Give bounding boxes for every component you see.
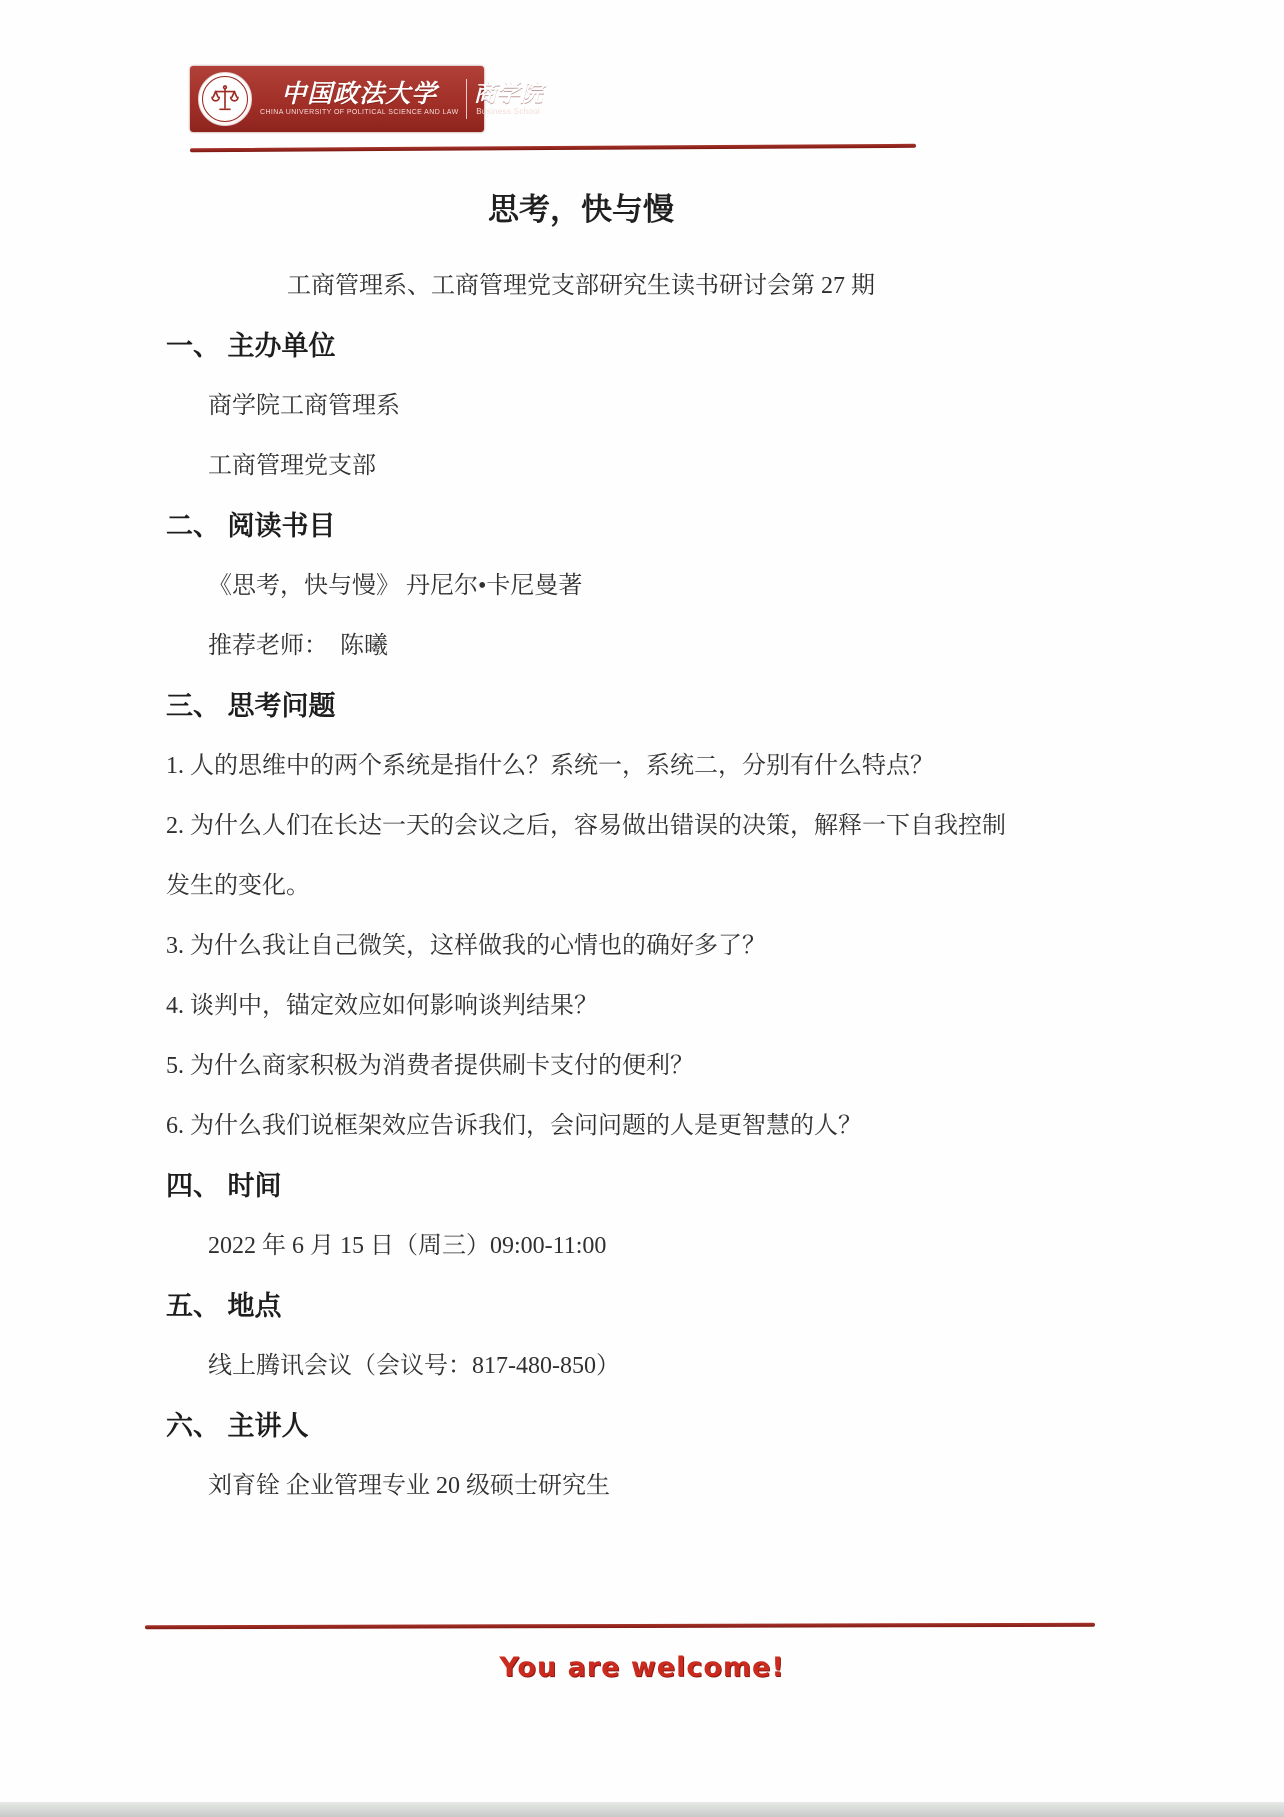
footer-welcome-message: You are welcome!	[0, 1652, 1284, 1683]
university-seal	[198, 72, 252, 126]
document-subtitle: 工商管理系、工商管理党支部研究生读书研讨会第 27 期	[166, 256, 996, 316]
question-line-1: 1. 人的思维中的两个系统是指什么？系统一，系统二，分别有什么特点？	[166, 736, 996, 796]
school-name-en: Business School	[476, 107, 540, 117]
section-heading-time: 四、 时间	[166, 1156, 996, 1216]
section-heading-questions: 三、 思考问题	[166, 676, 996, 736]
organizer-line: 商学院工商管理系	[166, 376, 996, 436]
recommender-line: 推荐老师： 陈曦	[166, 616, 996, 676]
banner-text: 中国政法大学 CHINA UNIVERSITY OF POLITICAL SCI…	[260, 79, 474, 119]
location-line: 线上腾讯会议（会议号：817-480-850）	[166, 1336, 996, 1396]
book-line: 《思考，快与慢》 丹尼尔•卡尼曼著	[166, 556, 996, 616]
university-name-cn: 中国政法大学	[281, 82, 437, 108]
question-line-3: 3. 为什么我让自己微笑，这样做我的心情也的确好多了？	[166, 916, 996, 976]
header-banner: 中国政法大学 CHINA UNIVERSITY OF POLITICAL SCI…	[190, 66, 484, 132]
organizer-line: 工商管理党支部	[166, 436, 996, 496]
scales-of-justice-icon	[202, 76, 248, 122]
section-heading-location: 五、 地点	[166, 1276, 996, 1336]
document-content: 思考，快与慢 工商管理系、工商管理党支部研究生读书研讨会第 27 期 一、 主办…	[166, 172, 996, 1516]
speaker-line: 刘育铨 企业管理专业 20 级硕士研究生	[166, 1456, 996, 1516]
question-line-2-continued: 发生的变化。	[166, 856, 996, 916]
time-line: 2022 年 6 月 15 日（周三）09:00-11:00	[166, 1216, 996, 1276]
header-rule	[190, 144, 916, 152]
scan-bottom-edge	[0, 1802, 1284, 1817]
section-heading-reading-list: 二、 阅读书目	[166, 496, 996, 556]
question-line-2: 2. 为什么人们在长达一天的会议之后，容易做出错误的决策，解释一下自我控制	[166, 796, 996, 856]
section-heading-speaker: 六、 主讲人	[166, 1396, 996, 1456]
question-line-6: 6. 为什么我们说框架效应告诉我们，会问问题的人是更智慧的人？	[166, 1096, 996, 1156]
question-line-5: 5. 为什么商家积极为消费者提供刷卡支付的便利？	[166, 1036, 996, 1096]
school-name-cn: 商学院	[474, 81, 543, 107]
document-title: 思考，快与慢	[166, 172, 996, 256]
university-name-en: CHINA UNIVERSITY OF POLITICAL SCIENCE AN…	[260, 108, 459, 117]
footer-rule	[145, 1623, 1095, 1629]
question-line-4: 4. 谈判中，锚定效应如何影响谈判结果？	[166, 976, 996, 1036]
scanned-document-page: 中国政法大学 CHINA UNIVERSITY OF POLITICAL SCI…	[0, 0, 1284, 1817]
banner-divider	[466, 79, 467, 119]
section-heading-organizers: 一、 主办单位	[166, 316, 996, 376]
